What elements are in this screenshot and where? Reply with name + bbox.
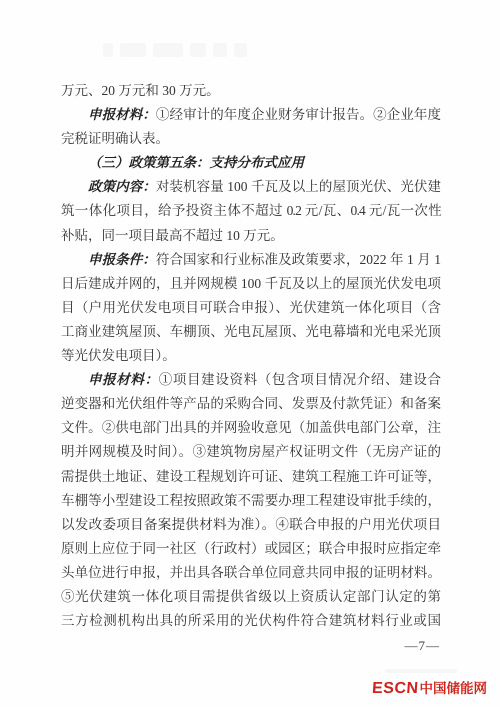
line-text: 工商业建筑屋顶、车棚顶、光电瓦屋顶、光电幕墙和光电采光顶 [61, 324, 441, 339]
bold-run: 政策内容： [88, 179, 156, 194]
text-line: 三方检测机构出具的所采用的光伏构件符合建筑材料行业或国 [61, 609, 441, 633]
line-text: 三方检测机构出具的所采用的光伏构件符合建筑材料行业或国 [61, 613, 441, 628]
logo-text-en: ESCN [371, 680, 419, 698]
text-line: 以发改委项目备案提供材料为准）。④联合申报的户用光伏项目 [61, 513, 441, 537]
section-heading: （三）政策第五条：支持分布式应用 [61, 151, 441, 175]
text-line: 原则上应位于同一社区（行政村）或园区；联合申报时应指定牵 [61, 537, 441, 561]
bold-run: （三）政策第五条：支持分布式应用 [88, 155, 304, 170]
line-text: 需提供土地证、建设工程规划许可证、建筑工程施工许可证等， [61, 469, 441, 484]
line-text: 文件。②供电部门出具的并网验收意见（加盖供电部门公章，注 [61, 420, 441, 435]
text-line: 车棚等小型建设工程按照政策不需要办理工程建设审批手续的， [61, 489, 441, 513]
watermark-blob [153, 43, 183, 57]
text-line: 日后建成并网的，且并网规模 100 千瓦及以上的屋顶光伏发电项 [61, 272, 441, 296]
line-text: 逆变器和光伏组件等产品的采购合同、发票及付款凭证）和备案 [61, 396, 441, 411]
line-text: 完税证明确认表。 [61, 131, 169, 146]
line-text: 万元、20 万元和 30 万元。 [61, 83, 220, 98]
line-text: 以发改委项目备案提供材料为准）。④联合申报的户用光伏项目 [61, 517, 441, 532]
text-line: 需提供土地证、建设工程规划许可证、建筑工程施工许可证等， [61, 465, 441, 489]
text-line: 目（户用光伏发电项目可联合申报）、光伏建筑一体化项目（含 [61, 296, 441, 320]
document-body: 万元、20 万元和 30 万元。 申报材料：①经审计的年度企业财务审计报告。②企… [61, 79, 441, 633]
text-line: 头单位进行申报，并出具各联合单位同意共同申报的证明材料。 [61, 561, 441, 585]
faint-watermark [103, 40, 247, 60]
text-line: 申报材料：①项目建设资料（包含项目情况介绍、建设合同、 [61, 368, 441, 392]
line-text: 筑一体化项目，给予投资主体不超过 0.2 元/瓦、0.4 元/瓦一次性 [61, 203, 441, 218]
line-text: ①经审计的年度企业财务审计报告。②企业年度 [156, 107, 441, 122]
text-line: 申报条件：符合国家和行业标准及政策要求，2022 年 1 月 1 [61, 248, 441, 272]
text-line: 万元、20 万元和 30 万元。 [61, 79, 441, 103]
line-text: 目（户用光伏发电项目可联合申报）、光伏建筑一体化项目（含 [61, 300, 441, 315]
text-line: 补贴，同一项目最高不超过 10 万元。 [61, 224, 441, 248]
text-line: 明并网规模及时间）。③建筑物房屋产权证明文件（无房产证的 [61, 440, 441, 464]
line-text: 原则上应位于同一社区（行政村）或园区；联合申报时应指定牵 [61, 541, 441, 556]
text-line: 筑一体化项目，给予投资主体不超过 0.2 元/瓦、0.4 元/瓦一次性 [61, 199, 441, 223]
watermark-blob [234, 43, 247, 57]
text-line: 完税证明确认表。 [61, 127, 441, 151]
line-text: 补贴，同一项目最高不超过 10 万元。 [61, 228, 284, 243]
line-text: 日后建成并网的，且并网规模 100 千瓦及以上的屋顶光伏发电项 [61, 276, 441, 291]
text-line: 逆变器和光伏组件等产品的采购合同、发票及付款凭证）和备案 [61, 392, 441, 416]
text-line: 工商业建筑屋顶、车棚顶、光电瓦屋顶、光电幕墙和光电采光顶 [61, 320, 441, 344]
text-line: ⑤光伏建筑一体化项目需提供省级以上资质认定部门认定的第 [61, 585, 441, 609]
watermark-blob [190, 43, 206, 57]
line-text: 对装机容量 100 千瓦及以上的屋顶光伏、光伏建 [156, 179, 441, 194]
text-line: 政策内容：对装机容量 100 千瓦及以上的屋顶光伏、光伏建 [61, 175, 441, 199]
bold-run: 申报材料： [88, 372, 159, 387]
bold-run: 申报材料： [88, 107, 156, 122]
escn-logo: ESCN 中国储能网 [372, 677, 487, 698]
text-line: 等光伏发电项目）。 [61, 344, 441, 368]
document-page: 万元、20 万元和 30 万元。 申报材料：①经审计的年度企业财务审计报告。②企… [0, 0, 500, 707]
watermark-blob [213, 43, 227, 57]
line-text: 符合国家和行业标准及政策要求，2022 年 1 月 1 [156, 252, 441, 267]
line-text: ⑤光伏建筑一体化项目需提供省级以上资质认定部门认定的第 [61, 589, 441, 604]
page-number: —7— [0, 638, 440, 654]
scan-artifact [385, 669, 457, 673]
bold-run: 申报条件： [88, 252, 156, 267]
text-line: 文件。②供电部门出具的并网验收意见（加盖供电部门公章，注 [61, 416, 441, 440]
watermark-blob [120, 43, 146, 57]
watermark-blob [103, 43, 113, 57]
line-text: 头单位进行申报，并出具各联合单位同意共同申报的证明材料。 [61, 565, 441, 580]
line-text: 明并网规模及时间）。③建筑物房屋产权证明文件（无房产证的 [61, 444, 441, 459]
line-text: 等光伏发电项目）。 [61, 348, 176, 363]
logo-text-cn: 中国储能网 [420, 677, 488, 697]
text-line: 申报材料：①经审计的年度企业财务审计报告。②企业年度 [61, 103, 441, 127]
line-text: 车棚等小型建设工程按照政策不需要办理工程建设审批手续的， [61, 493, 441, 508]
